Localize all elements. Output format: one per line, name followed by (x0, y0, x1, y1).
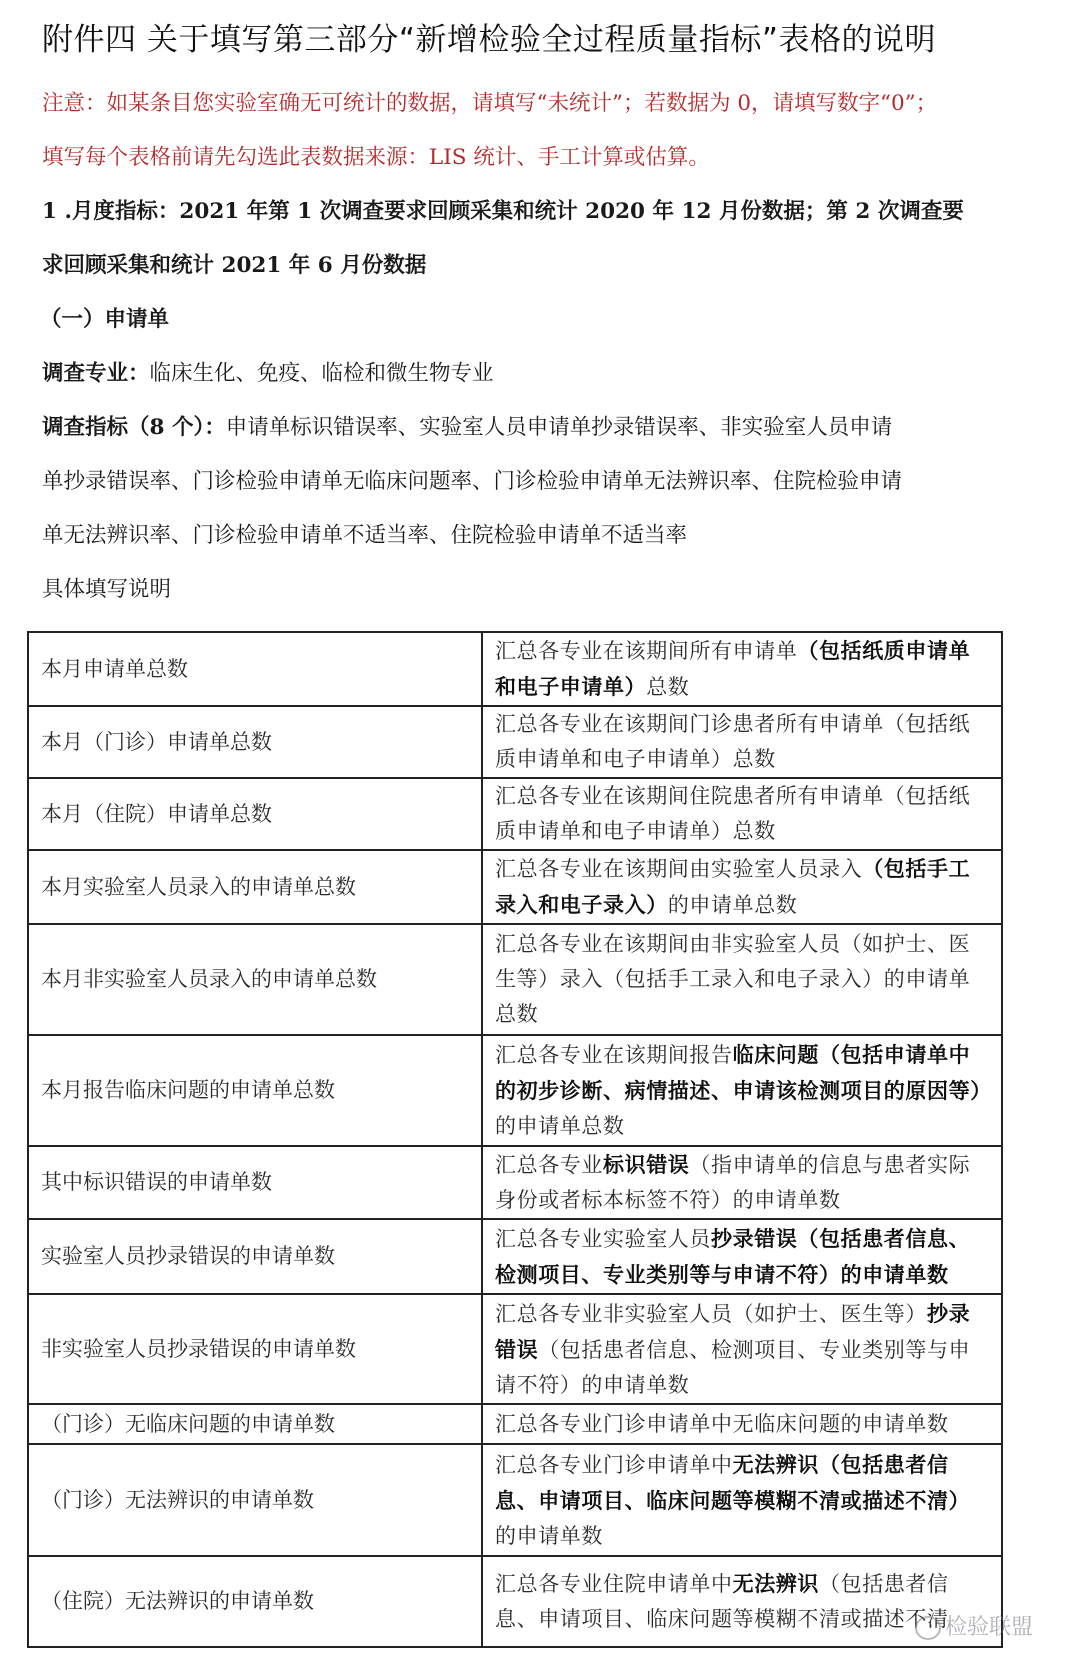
table-row: 本月（门诊）申请单总数汇总各专业在该期间门诊患者所有申请单（包括纸质申请单和电子… (28, 706, 1002, 778)
table-row: 本月实验室人员录入的申请单总数汇总各专业在该期间由实验室人员录入（包括手工录入和… (28, 850, 1002, 924)
item-name-cell: （门诊）无临床问题的申请单数 (28, 1404, 482, 1444)
item-description-cell: 汇总各专业在该期间由实验室人员录入（包括手工录入和电子录入）的申请单总数 (482, 850, 1002, 924)
document-title: 附件四 关于填写第三部分“新增检验全过程质量指标”表格的说明 (42, 18, 1062, 62)
item-name-cell: 本月（门诊）申请单总数 (28, 706, 482, 778)
description-segment: （包括患者信息、检测项目、专业类别等与申请不符）的申请单数 (495, 1338, 970, 1397)
description-segment: 汇总各专业在该期间由实验室人员录入 (495, 857, 862, 881)
survey-major-value: 临床生化、免疫、临检和微生物专业 (150, 361, 494, 386)
item-description-cell: 汇总各专业非实验室人员（如护士、医生等）抄录错误（包括患者信息、检测项目、专业类… (482, 1294, 1002, 1404)
survey-indicators-line-3: 单无法辨识率、门诊检验申请单不适当率、住院检验申请单不适当率 (42, 521, 1042, 551)
description-bold-segment: 标识错误 (603, 1152, 689, 1177)
item-description-cell: 汇总各专业实验室人员抄录错误（包括患者信息、检测项目、专业类别等与申请不符）的申… (482, 1219, 1002, 1294)
description-segment: 汇总各专业住院申请单中 (495, 1572, 733, 1596)
item-name-cell: （住院）无法辨识的申请单数 (28, 1556, 482, 1647)
survey-indicators-line-1: 调查指标（8 个）：申请单标识错误率、实验室人员申请单抄录错误率、非实验室人员申… (42, 413, 1042, 443)
monthly-indicator-line-1: 1 .月度指标：2021 年第 1 次调查要求回顾采集和统计 2020 年 12… (42, 197, 1042, 227)
survey-indicators-line-2: 单抄录错误率、门诊检验申请单无临床问题率、门诊检验申请单无法辨识率、住院检验申请 (42, 467, 1042, 497)
item-description-cell: 汇总各专业门诊申请单中无临床问题的申请单数 (482, 1404, 1002, 1444)
item-description-cell: 汇总各专业在该期间住院患者所有申请单（包括纸质申请单和电子申请单）总数 (482, 778, 1002, 850)
chat-bubble-icon (915, 1616, 941, 1640)
description-segment: 汇总各专业在该期间报告 (495, 1043, 733, 1067)
note-line-2: 填写每个表格前请先勾选此表数据来源：LIS 统计、手工计算或估算。 (42, 143, 1062, 173)
item-name-cell: 本月实验室人员录入的申请单总数 (28, 850, 482, 924)
description-segment: 汇总各专业 (495, 1153, 603, 1177)
table-row: （门诊）无临床问题的申请单数汇总各专业门诊申请单中无临床问题的申请单数 (28, 1404, 1002, 1444)
item-description-cell: 汇总各专业在该期间由非实验室人员（如护士、医生等）录入（包括手工录入和电子录入）… (482, 924, 1002, 1035)
item-name-cell: 其中标识错误的申请单数 (28, 1146, 482, 1219)
survey-indicators-label: 调查指标（8 个）： (42, 415, 226, 440)
item-description-cell: 汇总各专业在该期间所有申请单（包括纸质申请单和电子申请单）总数 (482, 632, 1002, 706)
description-segment: 汇总各专业门诊申请单中 (495, 1453, 733, 1477)
description-bold-segment: 无法辨识 (733, 1571, 819, 1596)
description-segment: 的申请单总数 (668, 893, 798, 917)
item-name-cell: 本月报告临床问题的申请单总数 (28, 1035, 482, 1146)
survey-indicators-text-1: 申请单标识错误率、实验室人员申请单抄录错误率、非实验室人员申请 (226, 415, 893, 440)
section-title: （一）申请单 (40, 305, 1040, 335)
survey-major-label: 调查专业： (42, 361, 150, 386)
document-page: 附件四 关于填写第三部分“新增检验全过程质量指标”表格的说明 注意：如某条目您实… (0, 0, 1080, 1677)
description-segment: 汇总各专业实验室人员 (495, 1227, 711, 1251)
item-description-cell: 汇总各专业在该期间报告临床问题（包括申请单中的初步诊断、病情描述、申请该检测项目… (482, 1035, 1002, 1146)
table-row: （门诊）无法辨识的申请单数汇总各专业门诊申请单中无法辨识（包括患者信息、申请项目… (28, 1444, 1002, 1556)
table-row: 实验室人员抄录错误的申请单数汇总各专业实验室人员抄录错误（包括患者信息、检测项目… (28, 1219, 1002, 1294)
description-segment: 汇总各专业在该期间由非实验室人员（如护士、医生等）录入（包括手工录入和电子录入）… (495, 932, 970, 1026)
description-segment: 汇总各专业在该期间住院患者所有申请单（包括纸质申请单和电子申请单）总数 (495, 784, 970, 843)
item-description-cell: 汇总各专业在该期间门诊患者所有申请单（包括纸质申请单和电子申请单）总数 (482, 706, 1002, 778)
table-row: （住院）无法辨识的申请单数汇总各专业住院申请单中无法辨识（包括患者信息、申请项目… (28, 1556, 1002, 1647)
description-segment: 汇总各专业在该期间所有申请单 (495, 639, 797, 663)
table-row: 非实验室人员抄录错误的申请单数汇总各专业非实验室人员（如护士、医生等）抄录错误（… (28, 1294, 1002, 1404)
watermark: 检验联盟 (915, 1610, 1033, 1641)
description-segment: 总数 (646, 675, 689, 699)
table-row: 本月（住院）申请单总数汇总各专业在该期间住院患者所有申请单（包括纸质申请单和电子… (28, 778, 1002, 850)
description-segment: 汇总各专业在该期间门诊患者所有申请单（包括纸质申请单和电子申请单）总数 (495, 712, 970, 771)
description-segment: 汇总各专业非实验室人员（如护士、医生等） (495, 1302, 927, 1326)
item-name-cell: 本月（住院）申请单总数 (28, 778, 482, 850)
survey-major: 调查专业：临床生化、免疫、临检和微生物专业 (42, 359, 1042, 389)
item-name-cell: （门诊）无法辨识的申请单数 (28, 1444, 482, 1556)
instruction-table-body: 本月申请单总数汇总各专业在该期间所有申请单（包括纸质申请单和电子申请单）总数本月… (28, 632, 1002, 1647)
note-line-1: 注意：如某条目您实验室确无可统计的数据，请填写“未统计”；若数据为 0，请填写数… (42, 89, 1062, 119)
item-name-cell: 本月申请单总数 (28, 632, 482, 706)
table-row: 其中标识错误的申请单数汇总各专业标识错误（指申请单的信息与患者实际身份或者标本标… (28, 1146, 1002, 1219)
spec-heading: 具体填写说明 (42, 575, 1042, 605)
table-row: 本月报告临床问题的申请单总数汇总各专业在该期间报告临床问题（包括申请单中的初步诊… (28, 1035, 1002, 1146)
table-row: 本月申请单总数汇总各专业在该期间所有申请单（包括纸质申请单和电子申请单）总数 (28, 632, 1002, 706)
item-name-cell: 非实验室人员抄录错误的申请单数 (28, 1294, 482, 1404)
description-segment: 的申请单数 (495, 1524, 603, 1548)
table-row: 本月非实验室人员录入的申请单总数汇总各专业在该期间由非实验室人员（如护士、医生等… (28, 924, 1002, 1035)
item-name-cell: 实验室人员抄录错误的申请单数 (28, 1219, 482, 1294)
monthly-indicator-line-2: 求回顾采集和统计 2021 年 6 月份数据 (42, 251, 1042, 281)
item-description-cell: 汇总各专业门诊申请单中无法辨识（包括患者信息、申请项目、临床问题等模糊不清或描述… (482, 1444, 1002, 1556)
instruction-table: 本月申请单总数汇总各专业在该期间所有申请单（包括纸质申请单和电子申请单）总数本月… (27, 631, 1003, 1648)
watermark-text: 检验联盟 (945, 1615, 1033, 1640)
description-segment: 汇总各专业门诊申请单中无临床问题的申请单数 (495, 1412, 949, 1436)
item-name-cell: 本月非实验室人员录入的申请单总数 (28, 924, 482, 1035)
item-description-cell: 汇总各专业标识错误（指申请单的信息与患者实际身份或者标本标签不符）的申请单数 (482, 1146, 1002, 1219)
description-segment: 的申请单总数 (495, 1114, 625, 1138)
